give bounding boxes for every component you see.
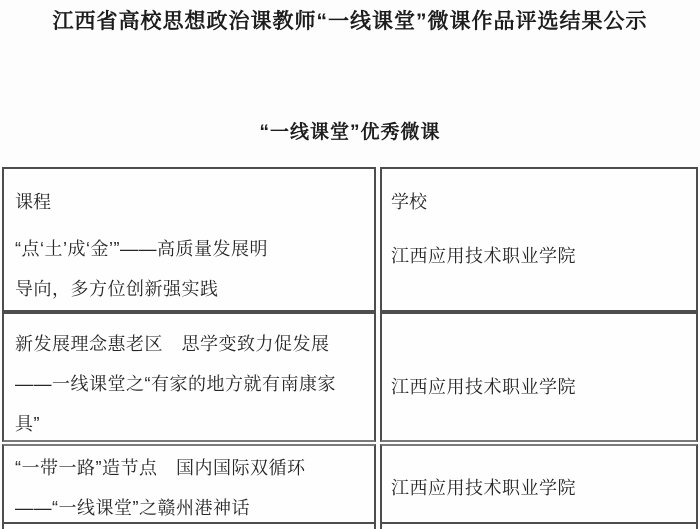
table-cell-course-r1: 课程 “点‘土’成‘金’”——高质量发展明 导向，多方位创新强实践 xyxy=(2,167,376,312)
section-heading: “一线课堂”优秀微课 xyxy=(0,117,700,144)
school-name-row3: 江西应用技术职业学院 xyxy=(391,477,576,499)
school-name-row2: 江西应用技术职业学院 xyxy=(391,376,576,398)
course-title-row1: “点‘土’成‘金’”——高质量发展明 导向，多方位创新强实践 xyxy=(15,229,362,309)
course-title-row3: “一带一路”造节点 国内国际双循环 ——“一线课堂”之赣州港神话 xyxy=(15,448,362,524)
announcement-page: 江西省高校思想政治课教师“一线课堂”微课作品评选结果公示 “一线课堂”优秀微课 … xyxy=(0,0,700,529)
table-cell-course-r3: “一带一路”造节点 国内国际双循环 ——“一线课堂”之赣州港神话 xyxy=(2,444,376,524)
table-border-stub-divider-a xyxy=(374,524,376,529)
course-title-row2: 新发展理念惠老区 思学变致力促发展 ——一线课堂之“有家的地方就有南康家 具” xyxy=(15,324,362,442)
table-border-stub-divider-b xyxy=(380,524,382,529)
document-title: 江西省高校思想政治课教师“一线课堂”微课作品评选结果公示 xyxy=(0,5,700,35)
table-cell-course-r2: 新发展理念惠老区 思学变致力促发展 ——一线课堂之“有家的地方就有南康家 具” xyxy=(2,312,376,442)
table-border-stub-right xyxy=(696,524,698,529)
table-cell-school-r3: 江西应用技术职业学院 xyxy=(380,444,698,524)
school-name-row1: 江西应用技术职业学院 xyxy=(391,245,686,267)
table-border-stub-left xyxy=(2,524,4,529)
table-cell-school-r2: 江西应用技术职业学院 xyxy=(380,312,698,442)
school-column-header: 学校 xyxy=(391,189,686,215)
course-column-header: 课程 xyxy=(15,189,362,215)
table-cell-school-r1: 学校 江西应用技术职业学院 xyxy=(380,167,698,312)
